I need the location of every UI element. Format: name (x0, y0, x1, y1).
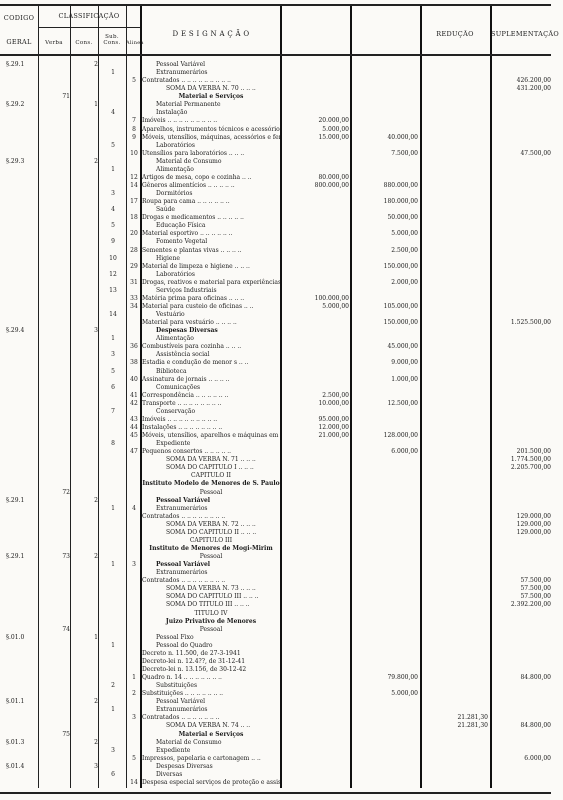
header-top-rule (0, 4, 551, 6)
header-suplementacao: SUPLEMENTAÇÃO (490, 30, 560, 38)
header-designacao: D E S I G N A Ç Ã O (142, 30, 280, 38)
table-row: 14Despesa especial serviços de proteção … (0, 778, 563, 788)
budget-table-page: CODIGO GERAL CLASSIFICAÇÃO Verba Cons. S… (0, 0, 563, 800)
header-sub-cons: Sub. Cons. (98, 34, 126, 46)
cell-alin: 14 (128, 778, 140, 788)
page-bottom-rule (0, 792, 551, 794)
header-sub-rule (38, 27, 140, 28)
header-classificacao: CLASSIFICAÇÃO (38, 12, 140, 20)
cell-desc: Despesa especial serviços de proteção e … (142, 778, 280, 788)
header-reducao: REDUÇÃO (420, 30, 490, 38)
header-cons: Cons. (70, 40, 98, 46)
header-verba: Verba (38, 40, 70, 46)
header-codigo: CODIGO (0, 14, 38, 22)
header-alinea: Alinea (126, 40, 142, 46)
header-geral: GERAL (0, 38, 38, 46)
header-bottom-rule (0, 54, 551, 56)
